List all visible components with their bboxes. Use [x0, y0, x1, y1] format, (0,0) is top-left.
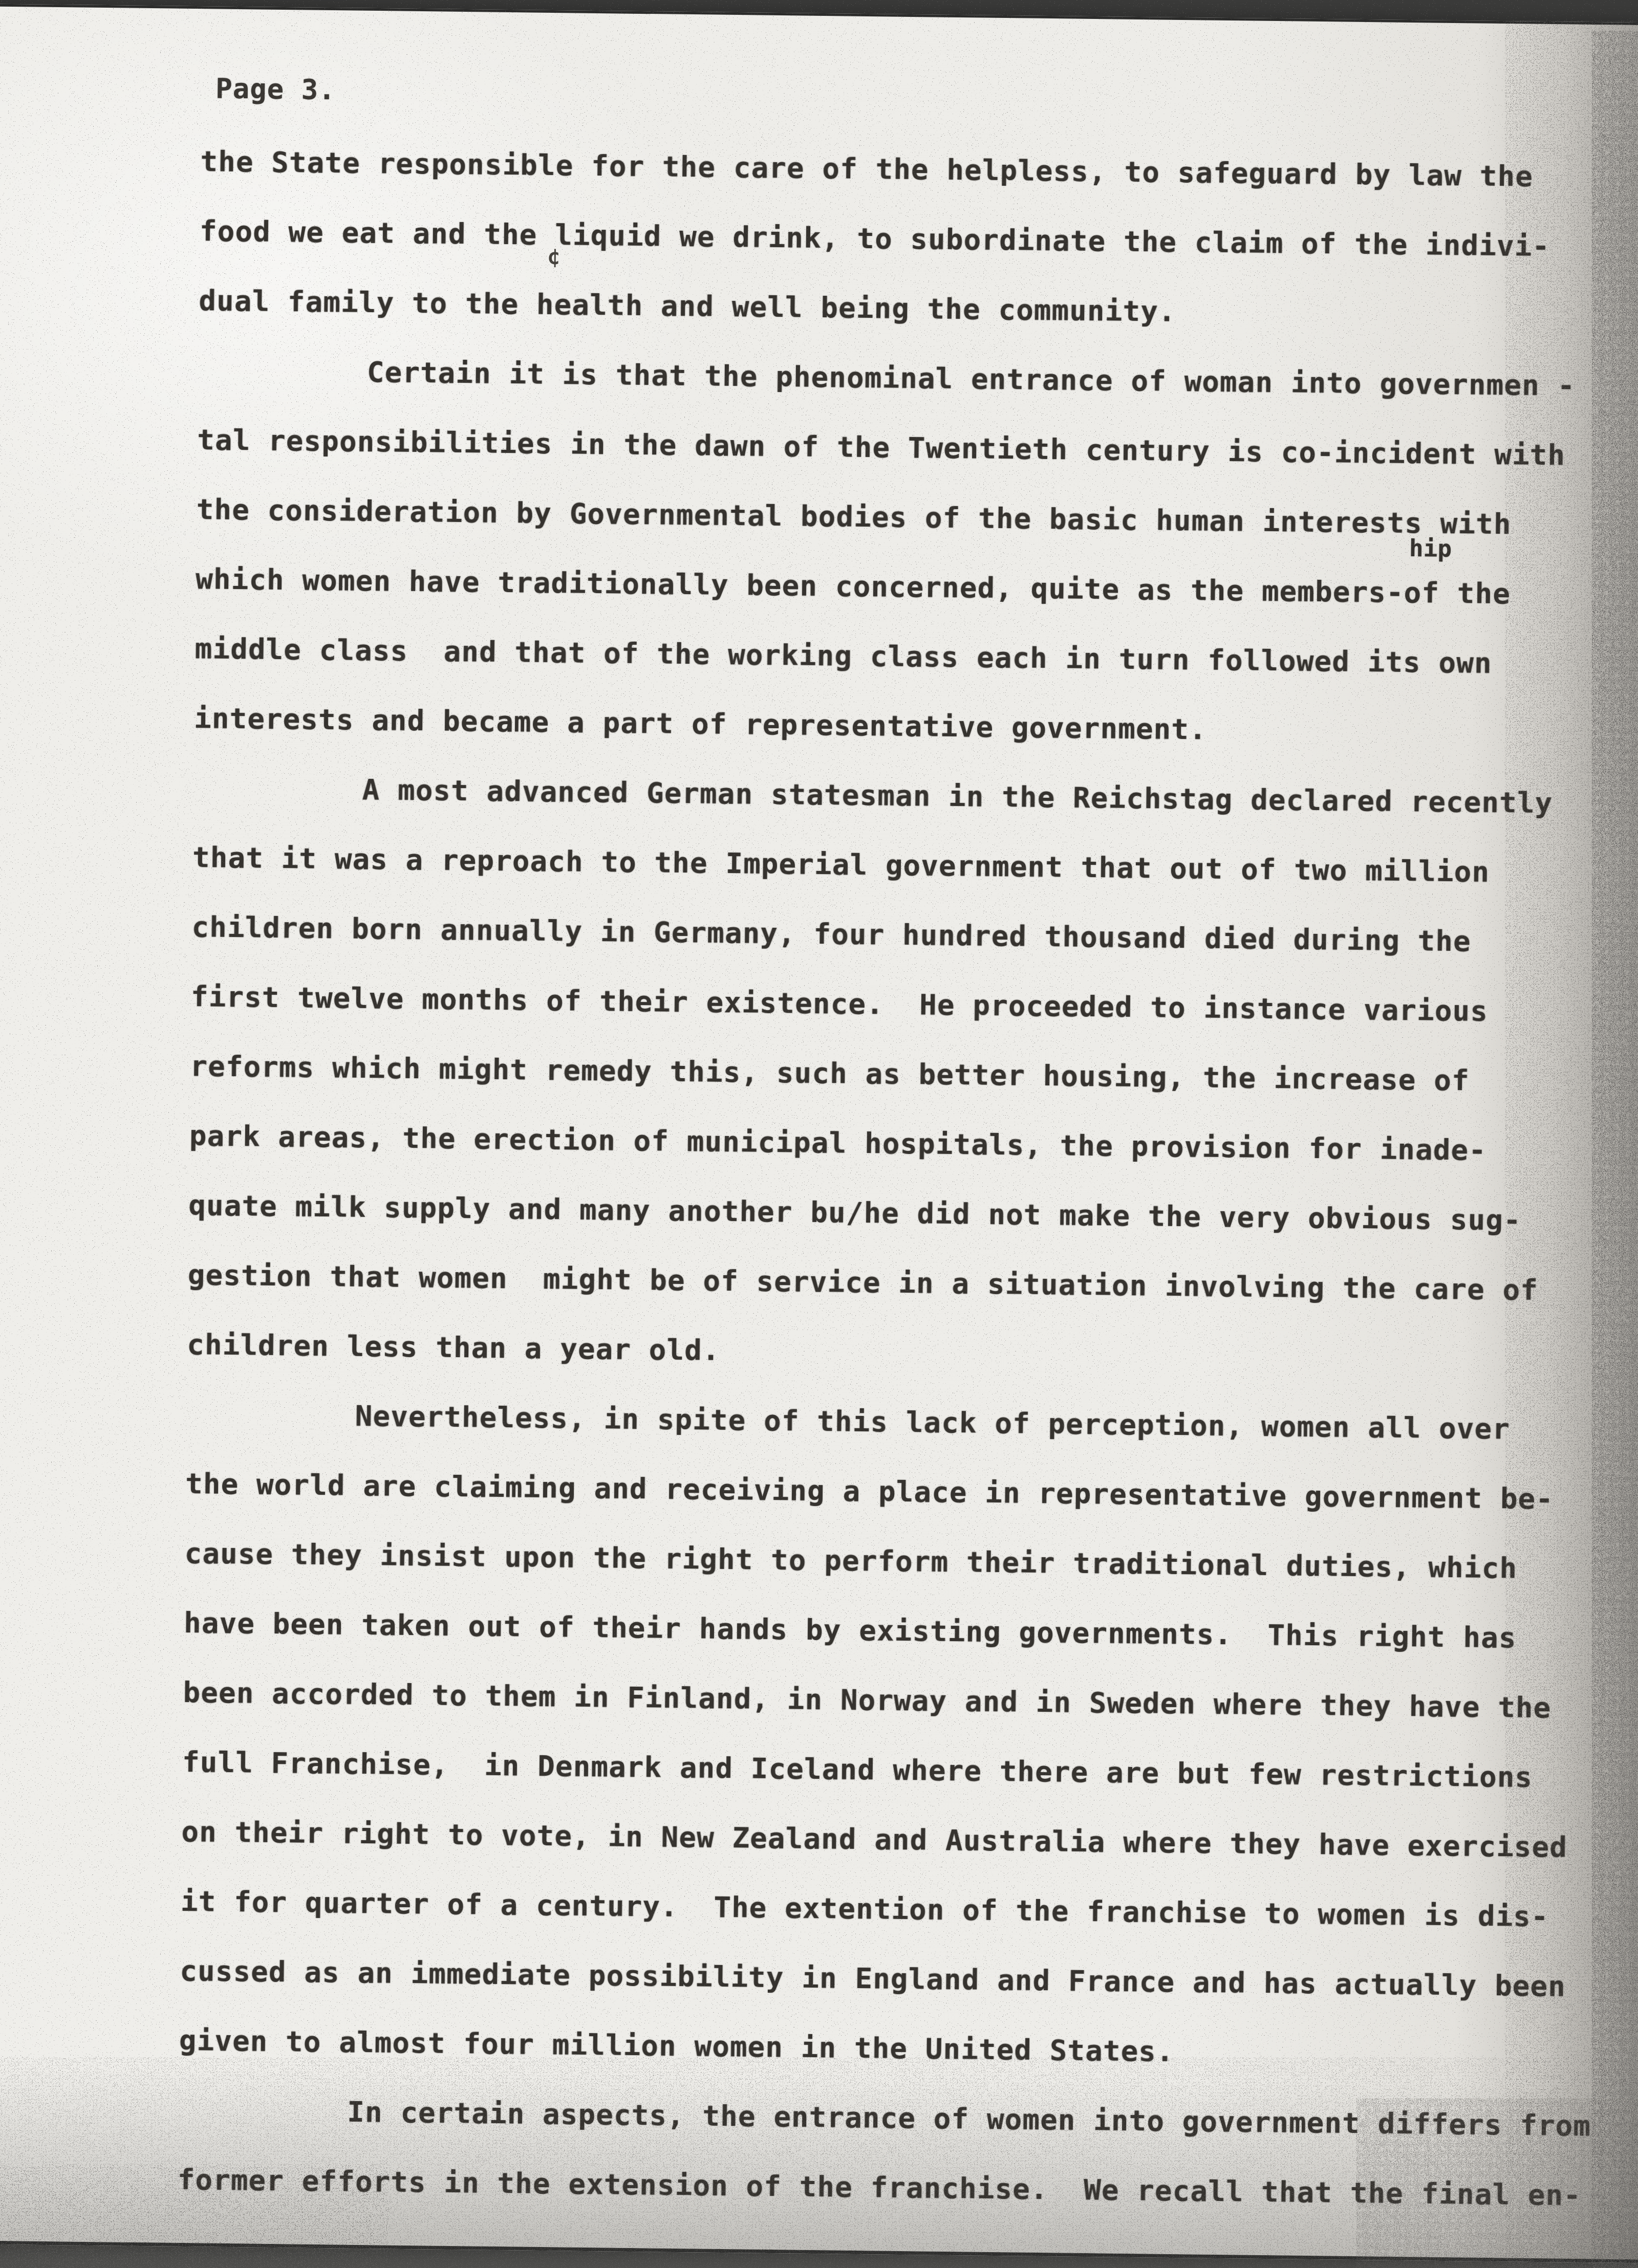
paper-sheet: Page 3. the State responsible for the ca… [0, 4, 1638, 2263]
page-number: Page 3. [215, 72, 336, 106]
typed-text-block: the State responsible for the care of th… [177, 127, 1624, 2231]
stray-typed-mark: ¢ [547, 244, 561, 269]
scanned-document: { "document": { "page_label": "Page 3.",… [0, 0, 1638, 2268]
typed-correction-hip: hip [1409, 534, 1452, 562]
